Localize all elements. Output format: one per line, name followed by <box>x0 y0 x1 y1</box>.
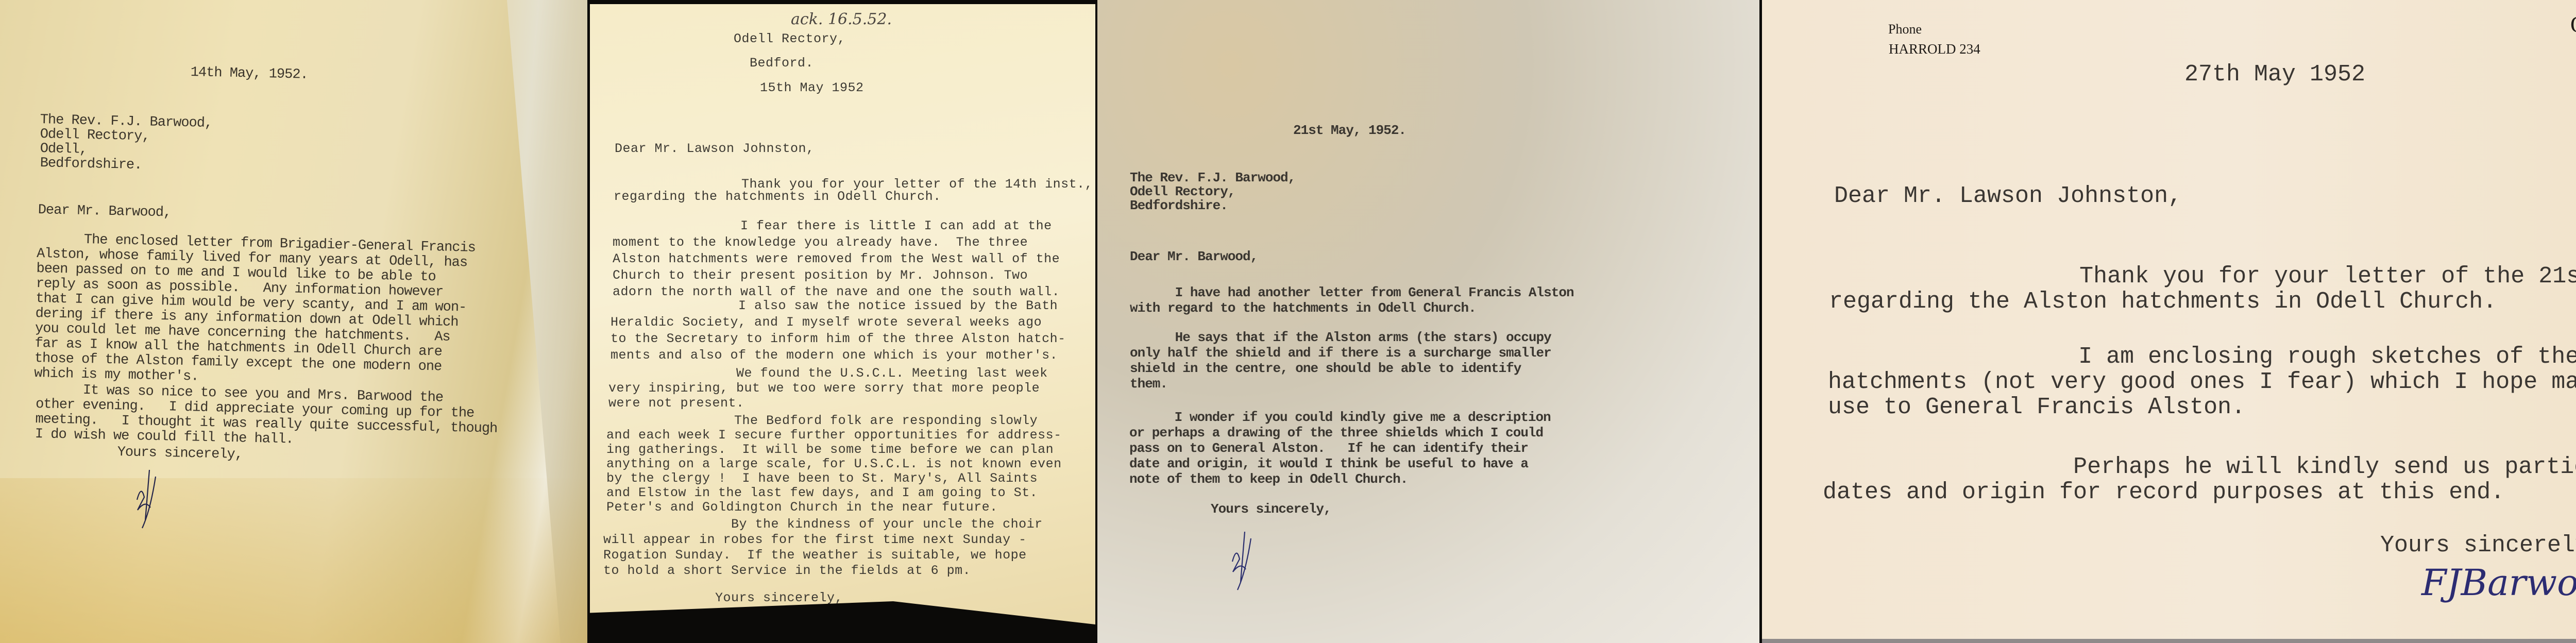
letter-1-date: 14th May, 1952. <box>190 66 308 82</box>
letter-2-closing: Yours sincerely, <box>715 591 843 604</box>
signature-initials-icon <box>1230 531 1256 603</box>
letter-1-photo: 14th May, 1952. The Rev. F.J. Barwood, O… <box>0 0 587 643</box>
letter-3-paragraph: I wonder if you could kindly give me a d… <box>1129 410 1551 487</box>
letter-4-paragraph: Thank you for your letter of the 21st in… <box>1829 264 2576 314</box>
photo-border <box>590 597 1095 643</box>
letter-3-salutation: Dear Mr. Barwood, <box>1130 250 1258 263</box>
letter-4-paragraph: I am enclosing rough sketches of the pre… <box>1828 344 2576 420</box>
photo-border <box>1762 639 2576 643</box>
letterhead-phone-number: HARROLD 234 <box>1889 41 1980 57</box>
letter-3-address-line: Odell Rectory, <box>1130 185 1235 198</box>
signature: FJBarwood. <box>2421 562 2576 604</box>
letter-2-paragraph: We found the U.S.C.L. Meeting last week … <box>608 366 1048 411</box>
letter-4-date: 27th May 1952 <box>2184 63 2365 86</box>
letter-4-closing: Yours sincerely, <box>2380 534 2576 557</box>
letter-2-date: 15th May 1952 <box>760 81 864 94</box>
letter-1-salutation: Dear Mr. Barwood, <box>38 204 171 220</box>
letter-4-paragraph: Perhaps he will kindly send us particula… <box>1823 454 2576 505</box>
letter-1-paragraph: The enclosed letter from Brigadier-Gener… <box>34 232 476 391</box>
letter-2-address-line: Odell Rectory, <box>734 32 845 45</box>
letter-3-closing: Yours sincerely, <box>1211 502 1331 516</box>
letter-3-address-line: Bedfordshire. <box>1130 199 1228 212</box>
letter-4-salutation: Dear Mr. Lawson Johnston, <box>1834 184 2182 208</box>
letter-4-photo: Phone HARROLD 234 ODELL RECTORY, BEDFORD… <box>1762 0 2576 643</box>
letter-2-address-line: Bedford. <box>750 57 814 70</box>
letter-3-paragraph: He says that if the Alston arms (the sta… <box>1130 330 1551 392</box>
letter-1-address-line: Bedfordshire. <box>40 157 142 173</box>
letterhead-address-line: ODELL RECTORY, <box>2570 11 2576 38</box>
letter-2-photo: ack. 16.5.52. Odell Rectory, Bedford. 15… <box>590 0 1095 643</box>
letter-2-paragraph: The Bedford folk are responding slowly a… <box>606 414 1062 515</box>
letter-2-paragraph: I fear there is little I can add at the … <box>613 218 1060 300</box>
handwritten-annotation: ack. 16.5.52. <box>791 10 892 28</box>
letter-2-paragraph: I also saw the notice issued by the Bath… <box>611 298 1066 364</box>
letter-1-address-line: Odell, <box>40 142 87 157</box>
letter-3-date: 21st May, 1952. <box>1293 124 1406 137</box>
paper-shadow <box>0 478 587 643</box>
letter-2-paragraph: By the kindness of your uncle the choir … <box>603 517 1043 579</box>
letter-2-salutation: Dear Mr. Lawson Johnston, <box>615 142 815 155</box>
letterhead-phone-label: Phone <box>1888 22 1922 37</box>
signature-initials-icon <box>135 469 161 541</box>
letter-3-paragraph: I have had another letter from General F… <box>1130 285 1574 316</box>
letter-1-closing: Yours sincerely, <box>117 446 243 462</box>
letter-1-paragraph: It was so nice to see you and Mrs. Barwo… <box>35 382 498 452</box>
letter-3-address-line: The Rev. F.J. Barwood, <box>1130 171 1295 184</box>
letter-3-photo: 21st May, 1952. The Rev. F.J. Barwood, O… <box>1097 0 1759 643</box>
letter-2-paragraph: Thank you for your letter of the 14th in… <box>614 178 1093 203</box>
